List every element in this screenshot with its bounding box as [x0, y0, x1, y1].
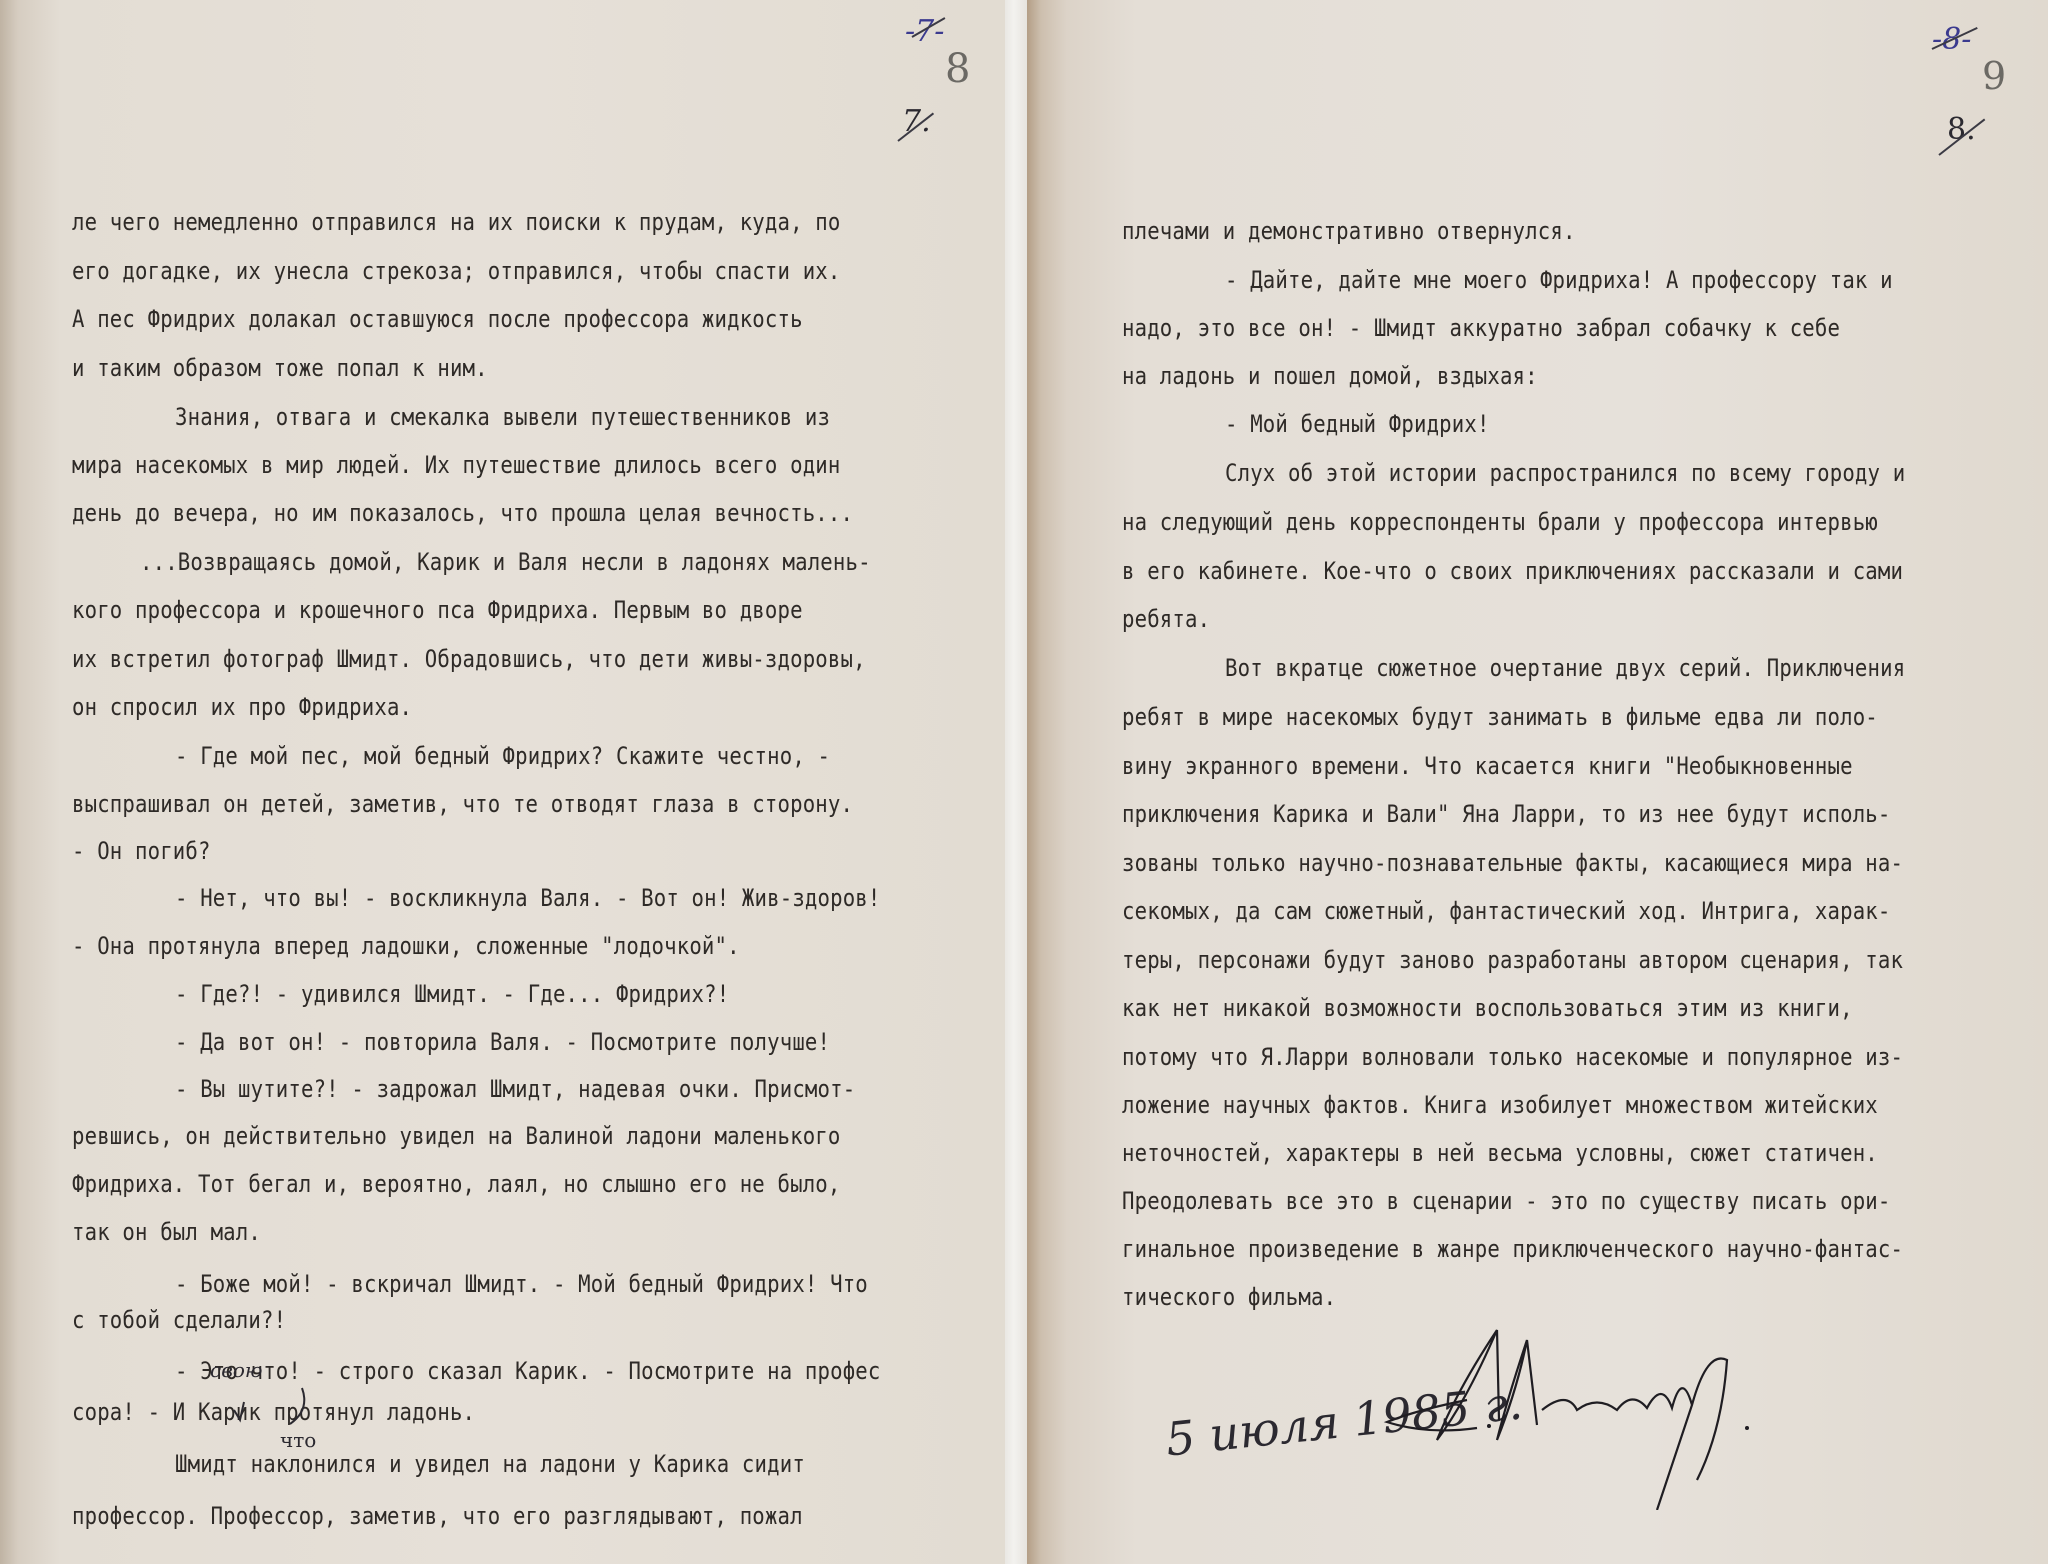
text-line: вину экранного времени. Что касается кни…: [1122, 752, 1853, 780]
text-line: - Боже мой! - вскричал Шмидт. - Мой бедн…: [175, 1270, 868, 1298]
text-line: плечами и демонстративно отвернулся.: [1122, 217, 1576, 245]
text-line: - Он погиб?: [72, 837, 211, 865]
text-line: ревшись, он действительно увидел на Вали…: [72, 1122, 841, 1150]
text-line: ложение научных фактов. Книга изобилует …: [1122, 1091, 1878, 1119]
text-line: кого профессора и крошечного пса Фридрих…: [72, 596, 803, 624]
text-line: с тобой сделали?!: [72, 1306, 286, 1334]
pencil-page-number: 9: [1982, 54, 2006, 98]
text-line: - Где?! - удивился Шмидт. - Где... Фридр…: [175, 980, 729, 1008]
right-manuscript-page: -8- 9 8. плечами и демонстративно отверн…: [1027, 0, 2048, 1564]
text-line: секомых, да сам сюжетный, фантастический…: [1122, 897, 1891, 925]
text-line: мира насекомых в мир людей. Их путешеств…: [72, 451, 841, 479]
text-line: гинальное произведение в жанре приключен…: [1122, 1235, 1903, 1263]
page-gutter: [1005, 0, 1027, 1564]
text-line: Знания, отвага и смекалка вывели путешес…: [175, 403, 830, 431]
text-line: - Она протянула вперед ладошки, сложенны…: [72, 932, 740, 960]
text-line: - Да вот он! - повторила Валя. - Посмотр…: [175, 1028, 830, 1056]
text-line: тического фильма.: [1122, 1283, 1336, 1311]
text-line: Преодолевать все это в сценарии - это по…: [1122, 1187, 1891, 1215]
text-line: как нет никакой возможности воспользоват…: [1122, 994, 1853, 1022]
pencil-page-number: 8: [945, 46, 970, 92]
text-line: на ладонь и пошел домой, вздыхая:: [1122, 362, 1538, 390]
text-line: и таким образом тоже попал к ним.: [72, 354, 488, 382]
text-line: Слух об этой истории распространился по …: [1225, 459, 1905, 487]
text-line: потому что Я.Ларри волновали только насе…: [1122, 1043, 1903, 1071]
text-line: их встретил фотограф Шмидт. Обрадовшись,…: [72, 645, 866, 673]
text-line: зованы только научно-познавательные факт…: [1122, 849, 1903, 877]
text-line: Фридриха. Тот бегал и, вероятно, лаял, н…: [72, 1170, 841, 1198]
text-line: - Где мой пес, мой бедный Фридрих? Скажи…: [175, 742, 830, 770]
text-line: он спросил их про Фридриха.: [72, 693, 412, 721]
handwritten-insertion-svoyu: свою: [210, 1358, 263, 1382]
text-line: ребята.: [1122, 605, 1210, 633]
text-line: А пес Фридрих долакал оставшуюся после п…: [72, 305, 803, 333]
text-line: неточностей, характеры в ней весьма усло…: [1122, 1139, 1878, 1167]
text-line: - Нет, что вы! - воскликнула Валя. - Вот…: [175, 884, 881, 912]
text-line: его догадке, их унесла стрекоза; отправи…: [72, 257, 841, 285]
text-line: ребят в мире насекомых будут занимать в …: [1122, 703, 1878, 731]
text-line: день до вечера, но им показалось, что пр…: [72, 499, 853, 527]
text-line: Вот вкратце сюжетное очертание двух сери…: [1225, 654, 1905, 682]
author-signature-icon: [1327, 1310, 1807, 1510]
text-line: ле чего немедленно отправился на их поис…: [72, 208, 841, 236]
text-line: - Мой бедный Фридрих!: [1225, 410, 1490, 438]
left-manuscript-page: -7- 8 7. ле чего немедленно отправился н…: [0, 0, 1005, 1564]
text-line: - Дайте, дайте мне моего Фридриха! А про…: [1225, 266, 1893, 294]
text-line: - Вы шутите?! - задрожал Шмидт, надевая …: [175, 1075, 855, 1103]
text-line: приключения Карика и Вали" Яна Ларри, то…: [1122, 800, 1891, 828]
text-line: выспрашивал он детей, заметив, что те от…: [72, 790, 853, 818]
text-line: профессор. Профессор, заметив, что его р…: [72, 1502, 803, 1530]
text-line: так он был мал.: [72, 1218, 261, 1246]
insertion-caret-icon: [230, 1380, 310, 1490]
text-line: на следующий день корреспонденты брали у…: [1122, 508, 1878, 536]
text-line: в его кабинете. Кое-что о своих приключе…: [1122, 557, 1903, 585]
text-line: надо, это все он! - Шмидт аккуратно забр…: [1122, 314, 1840, 342]
text-line: ...Возвращаясь домой, Карик и Валя несли…: [140, 548, 871, 576]
text-line: теры, персонажи будут заново разработаны…: [1122, 946, 1903, 974]
